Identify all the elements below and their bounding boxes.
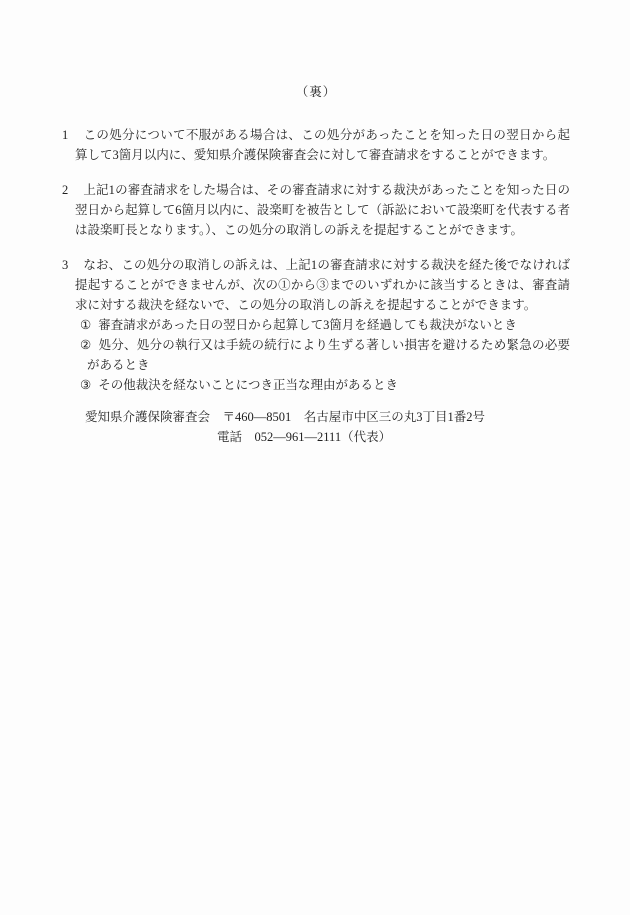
document-page: （裏） 1この処分について不服がある場合は、この処分があったことを知った日の翌日…: [0, 0, 630, 915]
subitem-2-text: 処分、処分の執行又は手続の続行により生ずる著しい損害を避けるため緊急の必要がある…: [87, 338, 570, 372]
contact-phone: 電話 052—961—2111（代表）: [217, 427, 570, 447]
paragraph-2-text: 上記1の審査請求をした場合は、その審査請求に対する裁決があったことを知った日の翌…: [75, 183, 570, 237]
paragraph-3-number: 3: [62, 258, 68, 272]
contact-block: 愛知県介護保険審査会 〒460—8501 名古屋市中区三の丸3丁目1番2号 電話…: [62, 407, 570, 447]
subitem-3: ③その他裁決を経ないことにつき正当な理由があるとき: [62, 375, 570, 395]
subitem-2-number: ②: [80, 338, 91, 352]
subitem-2: ②処分、処分の執行又は手続の続行により生ずる著しい損害を避けるため緊急の必要があ…: [62, 335, 570, 375]
paragraph-3-text: なお、この処分の取消しの訴えは、上記1の審査請求に対する裁決を経た後でなければ提…: [75, 258, 570, 312]
paragraph-3: 3なお、この処分の取消しの訴えは、上記1の審査請求に対する裁決を経た後でなければ…: [62, 255, 570, 315]
subitem-1: ①審査請求があった日の翌日から起算して3箇月を経過しても裁決がないとき: [62, 315, 570, 335]
subitem-list: ①審査請求があった日の翌日から起算して3箇月を経過しても裁決がないとき ②処分、…: [62, 315, 570, 395]
paragraph-1-number: 1: [62, 128, 68, 142]
subitem-1-number: ①: [80, 318, 91, 332]
paragraph-2: 2上記1の審査請求をした場合は、その審査請求に対する裁決があったことを知った日の…: [62, 180, 570, 240]
subitem-1-text: 審査請求があった日の翌日から起算して3箇月を経過しても裁決がないとき: [98, 318, 517, 332]
contact-org-address: 愛知県介護保険審査会 〒460—8501 名古屋市中区三の丸3丁目1番2号: [85, 407, 570, 427]
paragraph-1-text: この処分について不服がある場合は、この処分があったことを知った日の翌日から起算し…: [75, 128, 570, 162]
page-side-label: （裏）: [62, 82, 570, 102]
subitem-3-text: その他裁決を経ないことにつき正当な理由があるとき: [98, 378, 398, 392]
paragraph-1: 1この処分について不服がある場合は、この処分があったことを知った日の翌日から起算…: [62, 125, 570, 165]
paragraph-2-number: 2: [62, 183, 68, 197]
subitem-3-number: ③: [80, 378, 91, 392]
